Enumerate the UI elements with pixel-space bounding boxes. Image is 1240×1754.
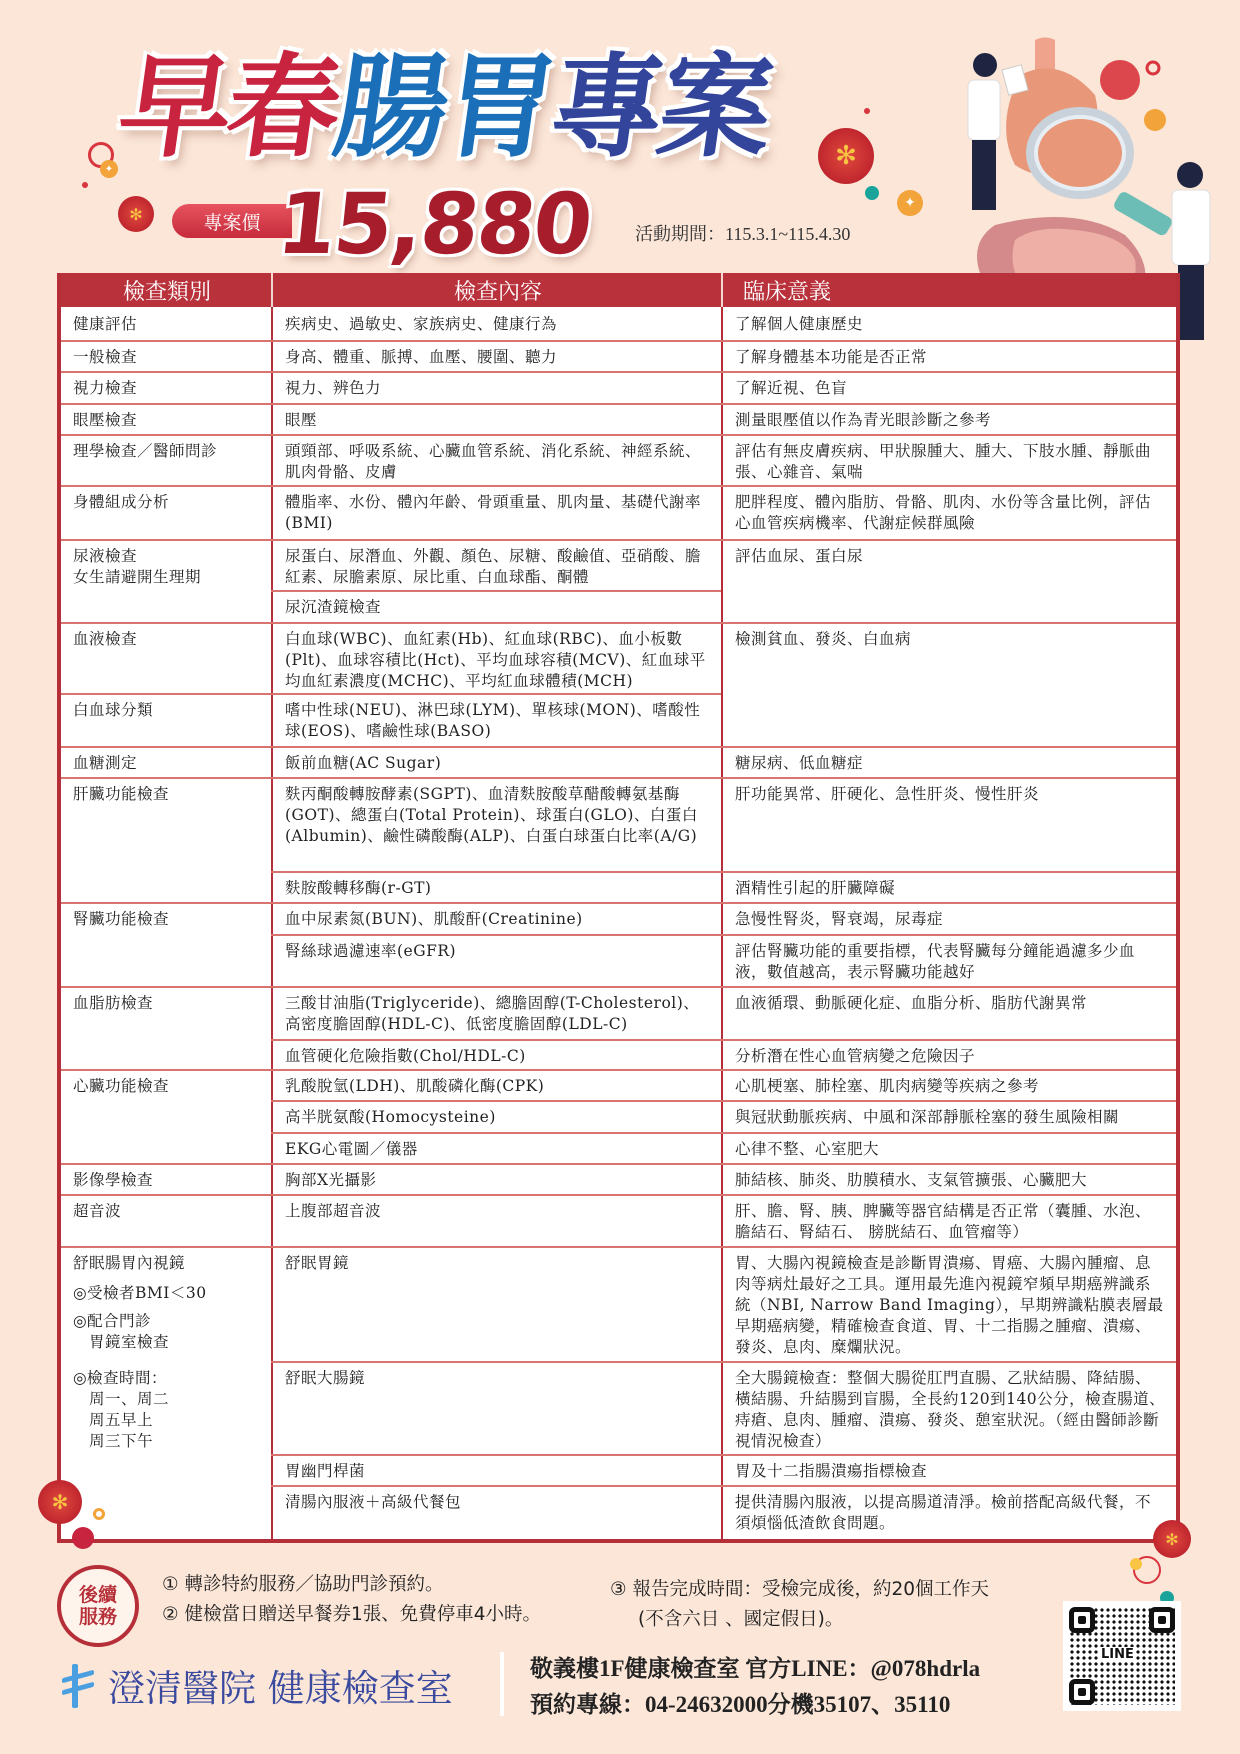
- table-cell-content: 尿沉渣鏡檢查: [273, 592, 721, 618]
- booking-phone: 預約專線：04-24632000分機35107、35110: [530, 1686, 950, 1719]
- table-cell-category: 一般檢查: [61, 342, 271, 368]
- table-cell-meaning: 提供清腸內服液，以提高腸道清淨。檢前搭配高級代餐，不須煩惱低渣飲食問題。: [723, 1487, 1178, 1534]
- table-cell-meaning: 糖尿病、低血糖症: [723, 748, 1178, 774]
- table-cell-meaning: 肥胖程度、體內脂肪、骨骼、肌肉、水份等含量比例，評估心血管疾病機率、代謝症候群風…: [723, 487, 1178, 534]
- decorative-dot: [72, 1527, 94, 1549]
- sparkle-icon: ✦: [897, 190, 923, 216]
- table-cell-content: 清腸內服液＋高級代餐包: [273, 1487, 721, 1513]
- service-item-report-note: (不含六日 、國定假日)。: [638, 1605, 843, 1631]
- hospital-cross-logo-icon: [58, 1662, 98, 1708]
- table-cell-category: 理學檢查／醫師問診: [61, 436, 271, 462]
- column-header-category: 檢查類別: [61, 273, 273, 307]
- table-cell-meaning: 肝、膽、腎、胰、脾臟等器官結構是否正常（囊腫、水泡、膽結石、腎結石、 膀胱結石、…: [723, 1196, 1178, 1243]
- table-cell-content: 頭頸部、呼吸系統、心臟血管系統、消化系統、神經系統、肌肉骨骼、皮膚: [273, 436, 721, 483]
- table-cell-meaning: 胃及十二指腸潰瘍指標檢查: [723, 1456, 1178, 1482]
- table-cell-content: 舒眠胃鏡: [273, 1248, 721, 1274]
- campaign-period: 活動期間：115.3.1~115.4.30: [635, 220, 850, 246]
- decorative-dot: [865, 186, 879, 200]
- table-cell-content: 高半胱氨酸(Homocysteine): [273, 1102, 721, 1128]
- table-cell-category: 血液檢查: [61, 624, 271, 650]
- decorative-ring: [93, 1508, 105, 1520]
- table-cell-meaning: 了解身體基本功能是否正常: [723, 342, 1178, 368]
- table-cell-content: 麩丙酮酸轉胺酵素(SGPT)、血清麩胺酸草醋酸轉氨基酶(GOT)、總蛋白(Tot…: [273, 779, 721, 847]
- line-qr-code-icon[interactable]: LINE: [1063, 1601, 1181, 1711]
- table-cell-content: 飯前血糖(AC Sugar): [273, 748, 721, 774]
- table-cell-content: 血管硬化危險指數(Chol/HDL-C): [273, 1041, 721, 1067]
- qr-line-label: LINE: [1099, 1647, 1136, 1662]
- table-cell-meaning: 全大腸鏡檢查：整個大腸從肛門直腸、乙狀結腸、降結腸、橫結腸、升結腸到盲腸，全長約…: [723, 1363, 1178, 1452]
- table-cell-meaning: 肝功能異常、肝硬化、急性肝炎、慢性肝炎: [723, 779, 1178, 805]
- decorative-dot: [864, 108, 870, 114]
- table-cell-content: 白血球(WBC)、血紅素(Hb)、紅血球(RBC)、血小板數(Plt)、血球容積…: [273, 624, 721, 692]
- table-cell-category: 血脂肪檢查: [61, 988, 271, 1014]
- table-cell-content: 疾病史、過敏史、家族病史、健康行為: [273, 309, 721, 335]
- table-cell-category: 超音波: [61, 1196, 271, 1222]
- title-part-gastro: 腸胃: [327, 43, 561, 173]
- table-cell-meaning: 肺結核、肺炎、肋膜積水、支氣管擴張、心臟肥大: [723, 1165, 1178, 1191]
- table-cell-meaning: 心律不整、心室肥大: [723, 1134, 1178, 1160]
- follow-up-services-badge: 後續 服務: [57, 1565, 139, 1647]
- table-cell-content: 胃幽門桿菌: [273, 1456, 721, 1482]
- table-cell-category: 心臟功能檢查: [61, 1071, 271, 1097]
- header-divider: [721, 273, 723, 307]
- table-cell-content: 腎絲球過濾速率(eGFR): [273, 936, 721, 962]
- plum-flower-icon: ✻: [1153, 1520, 1191, 1558]
- table-cell-category: 腎臟功能檢查: [61, 904, 271, 930]
- hospital-name: 澄清醫院 健康檢查室: [108, 1658, 453, 1712]
- table-cell-meaning: 急慢性腎炎，腎衰竭，尿毒症: [723, 904, 1178, 930]
- location-and-line-id: 敬義樓1F健康檢查室 官方LINE：@078hdrla: [530, 1650, 980, 1683]
- column-header-content: 檢查內容: [273, 273, 723, 307]
- table-cell-meaning: 酒精性引起的肝臟障礙: [723, 873, 1178, 899]
- table-cell-content: 眼壓: [273, 405, 721, 431]
- table-cell-content: 視力、辨色力: [273, 373, 721, 399]
- plum-flower-icon: ✻: [818, 128, 874, 184]
- qr-finder-icon: [1149, 1607, 1175, 1633]
- table-cell-content: 乳酸脫氫(LDH)、肌酸磷化酶(CPK): [273, 1071, 721, 1097]
- table-cell-meaning: 測量眼壓值以作為青光眼診斷之參考: [723, 405, 1178, 431]
- qr-finder-icon: [1069, 1607, 1095, 1633]
- table-cell-category: 尿液檢查 女生請避開生理期: [61, 541, 271, 588]
- table-cell-content: 胸部X光攝影: [273, 1165, 721, 1191]
- table-cell-content: 三酸甘油脂(Triglyceride)、總膽固醇(T-Cholesterol)、…: [273, 988, 721, 1035]
- table-cell-category: 視力檢查: [61, 373, 271, 399]
- table-cell-content: 麩胺酸轉移酶(r-GT): [273, 873, 721, 899]
- badge-label: 後續 服務: [79, 1584, 117, 1628]
- table-header: 檢查類別 檢查內容 臨床意義: [61, 273, 1176, 307]
- table-cell-meaning: 血液循環、動脈硬化症、血脂分析、脂肪代謝異常: [723, 988, 1178, 1014]
- table-cell-content: 舒眠大腸鏡: [273, 1363, 721, 1389]
- table-cell-meaning: 分析潛在性心血管病變之危險因子: [723, 1041, 1178, 1067]
- hospital-logo: 澄清醫院 健康檢查室: [58, 1658, 453, 1712]
- table-cell-category: 健康評估: [61, 309, 271, 335]
- price-label: 專案價: [172, 204, 292, 238]
- table-cell-category: 肝臟功能檢查: [61, 779, 271, 805]
- endoscopy-note: ◎檢查時間： 周一、周二 周五早上 周三下午: [61, 1363, 271, 1452]
- page-title: 早春腸胃專案: [112, 52, 776, 164]
- title-part-early-spring: 早春: [111, 43, 345, 173]
- table-cell-category: 身體組成分析: [61, 487, 271, 513]
- plum-flower-icon: ✻: [38, 1480, 82, 1524]
- table-cell-content: 尿蛋白、尿潛血、外觀、顏色、尿糖、酸鹼值、亞硝酸、膽紅素、尿膽素原、尿比重、白血…: [273, 541, 721, 588]
- plum-flower-icon: ✻: [118, 196, 154, 232]
- decorative-dot: [1130, 1558, 1142, 1570]
- exam-items-table: 檢查類別 檢查內容 臨床意義 健康評估 疾病史、過敏史、家族病史、健康行為 了解…: [57, 273, 1180, 1543]
- footer-divider: [500, 1652, 504, 1716]
- table-cell-content: 身高、體重、脈搏、血壓、腰圍、聽力: [273, 342, 721, 368]
- decorative-dot: [82, 182, 88, 188]
- table-cell-meaning: 評估有無皮膚疾病、甲狀腺腫大、腫大、下肢水腫、靜脈曲張、心雜音、氣喘: [723, 436, 1178, 483]
- table-cell-content: EKG心電圖／儀器: [273, 1134, 721, 1160]
- table-cell-meaning: 評估血尿、蛋白尿: [723, 541, 1178, 567]
- table-cell-category: 舒眠腸胃內視鏡: [61, 1248, 271, 1274]
- table-cell-meaning: 心肌梗塞、肺栓塞、肌肉病變等疾病之參考: [723, 1071, 1178, 1097]
- table-cell-meaning: 了解近視、色盲: [723, 373, 1178, 399]
- table-cell-meaning: 評估腎臟功能的重要指標，代表腎臟每分鐘能過濾多少血液，數值越高，表示腎臟功能越好: [723, 936, 1178, 983]
- qr-pattern: LINE: [1069, 1607, 1175, 1705]
- header-divider: [271, 273, 273, 307]
- table-cell-meaning: 檢測貧血、發炎、白血病: [723, 624, 1178, 650]
- endoscopy-note: ◎受檢者BMI＜30: [61, 1278, 271, 1304]
- endoscopy-note: ◎配合門診 胃鏡室檢查: [61, 1306, 271, 1353]
- table-cell-meaning: 胃、大腸內視鏡檢查是診斷胃潰瘍、胃癌、大腸內腫瘤、息肉等病灶最好之工具。運用最先…: [723, 1248, 1178, 1358]
- table-cell-meaning: 與冠狀動脈疾病、中風和深部靜脈栓塞的發生風險相關: [723, 1102, 1178, 1128]
- service-item-referral: ① 轉診特約服務／協助門診預約。: [162, 1570, 443, 1596]
- table-cell-category: 血糖測定: [61, 748, 271, 774]
- column-header-meaning: 臨床意義: [743, 273, 1043, 307]
- qr-finder-icon: [1069, 1679, 1095, 1705]
- service-item-report-time: ③ 報告完成時間：受檢完成後，約20個工作天: [610, 1575, 989, 1601]
- table-cell-category: 影像學檢查: [61, 1165, 271, 1191]
- table-cell-category: 眼壓檢查: [61, 405, 271, 431]
- service-item-breakfast-parking: ② 健檢當日贈送早餐券1張、免費停車4小時。: [162, 1600, 541, 1626]
- table-cell-content: 上腹部超音波: [273, 1196, 721, 1222]
- table-cell-content: 嗜中性球(NEU)、淋巴球(LYM)、單核球(MON)、嗜酸性球(EOS)、嗜鹼…: [273, 695, 721, 742]
- price-value: 15,880: [274, 182, 595, 266]
- table-cell-category: 白血球分類: [61, 695, 271, 721]
- table-cell-meaning: 了解個人健康歷史: [723, 309, 1178, 335]
- table-cell-content: 體脂率、水份、體內年齡、骨頭重量、肌肉量、基礎代謝率(BMI): [273, 487, 721, 534]
- title-part-program: 專案: [543, 43, 777, 173]
- table-cell-content: 血中尿素氮(BUN)、肌酸酐(Creatinine): [273, 904, 721, 930]
